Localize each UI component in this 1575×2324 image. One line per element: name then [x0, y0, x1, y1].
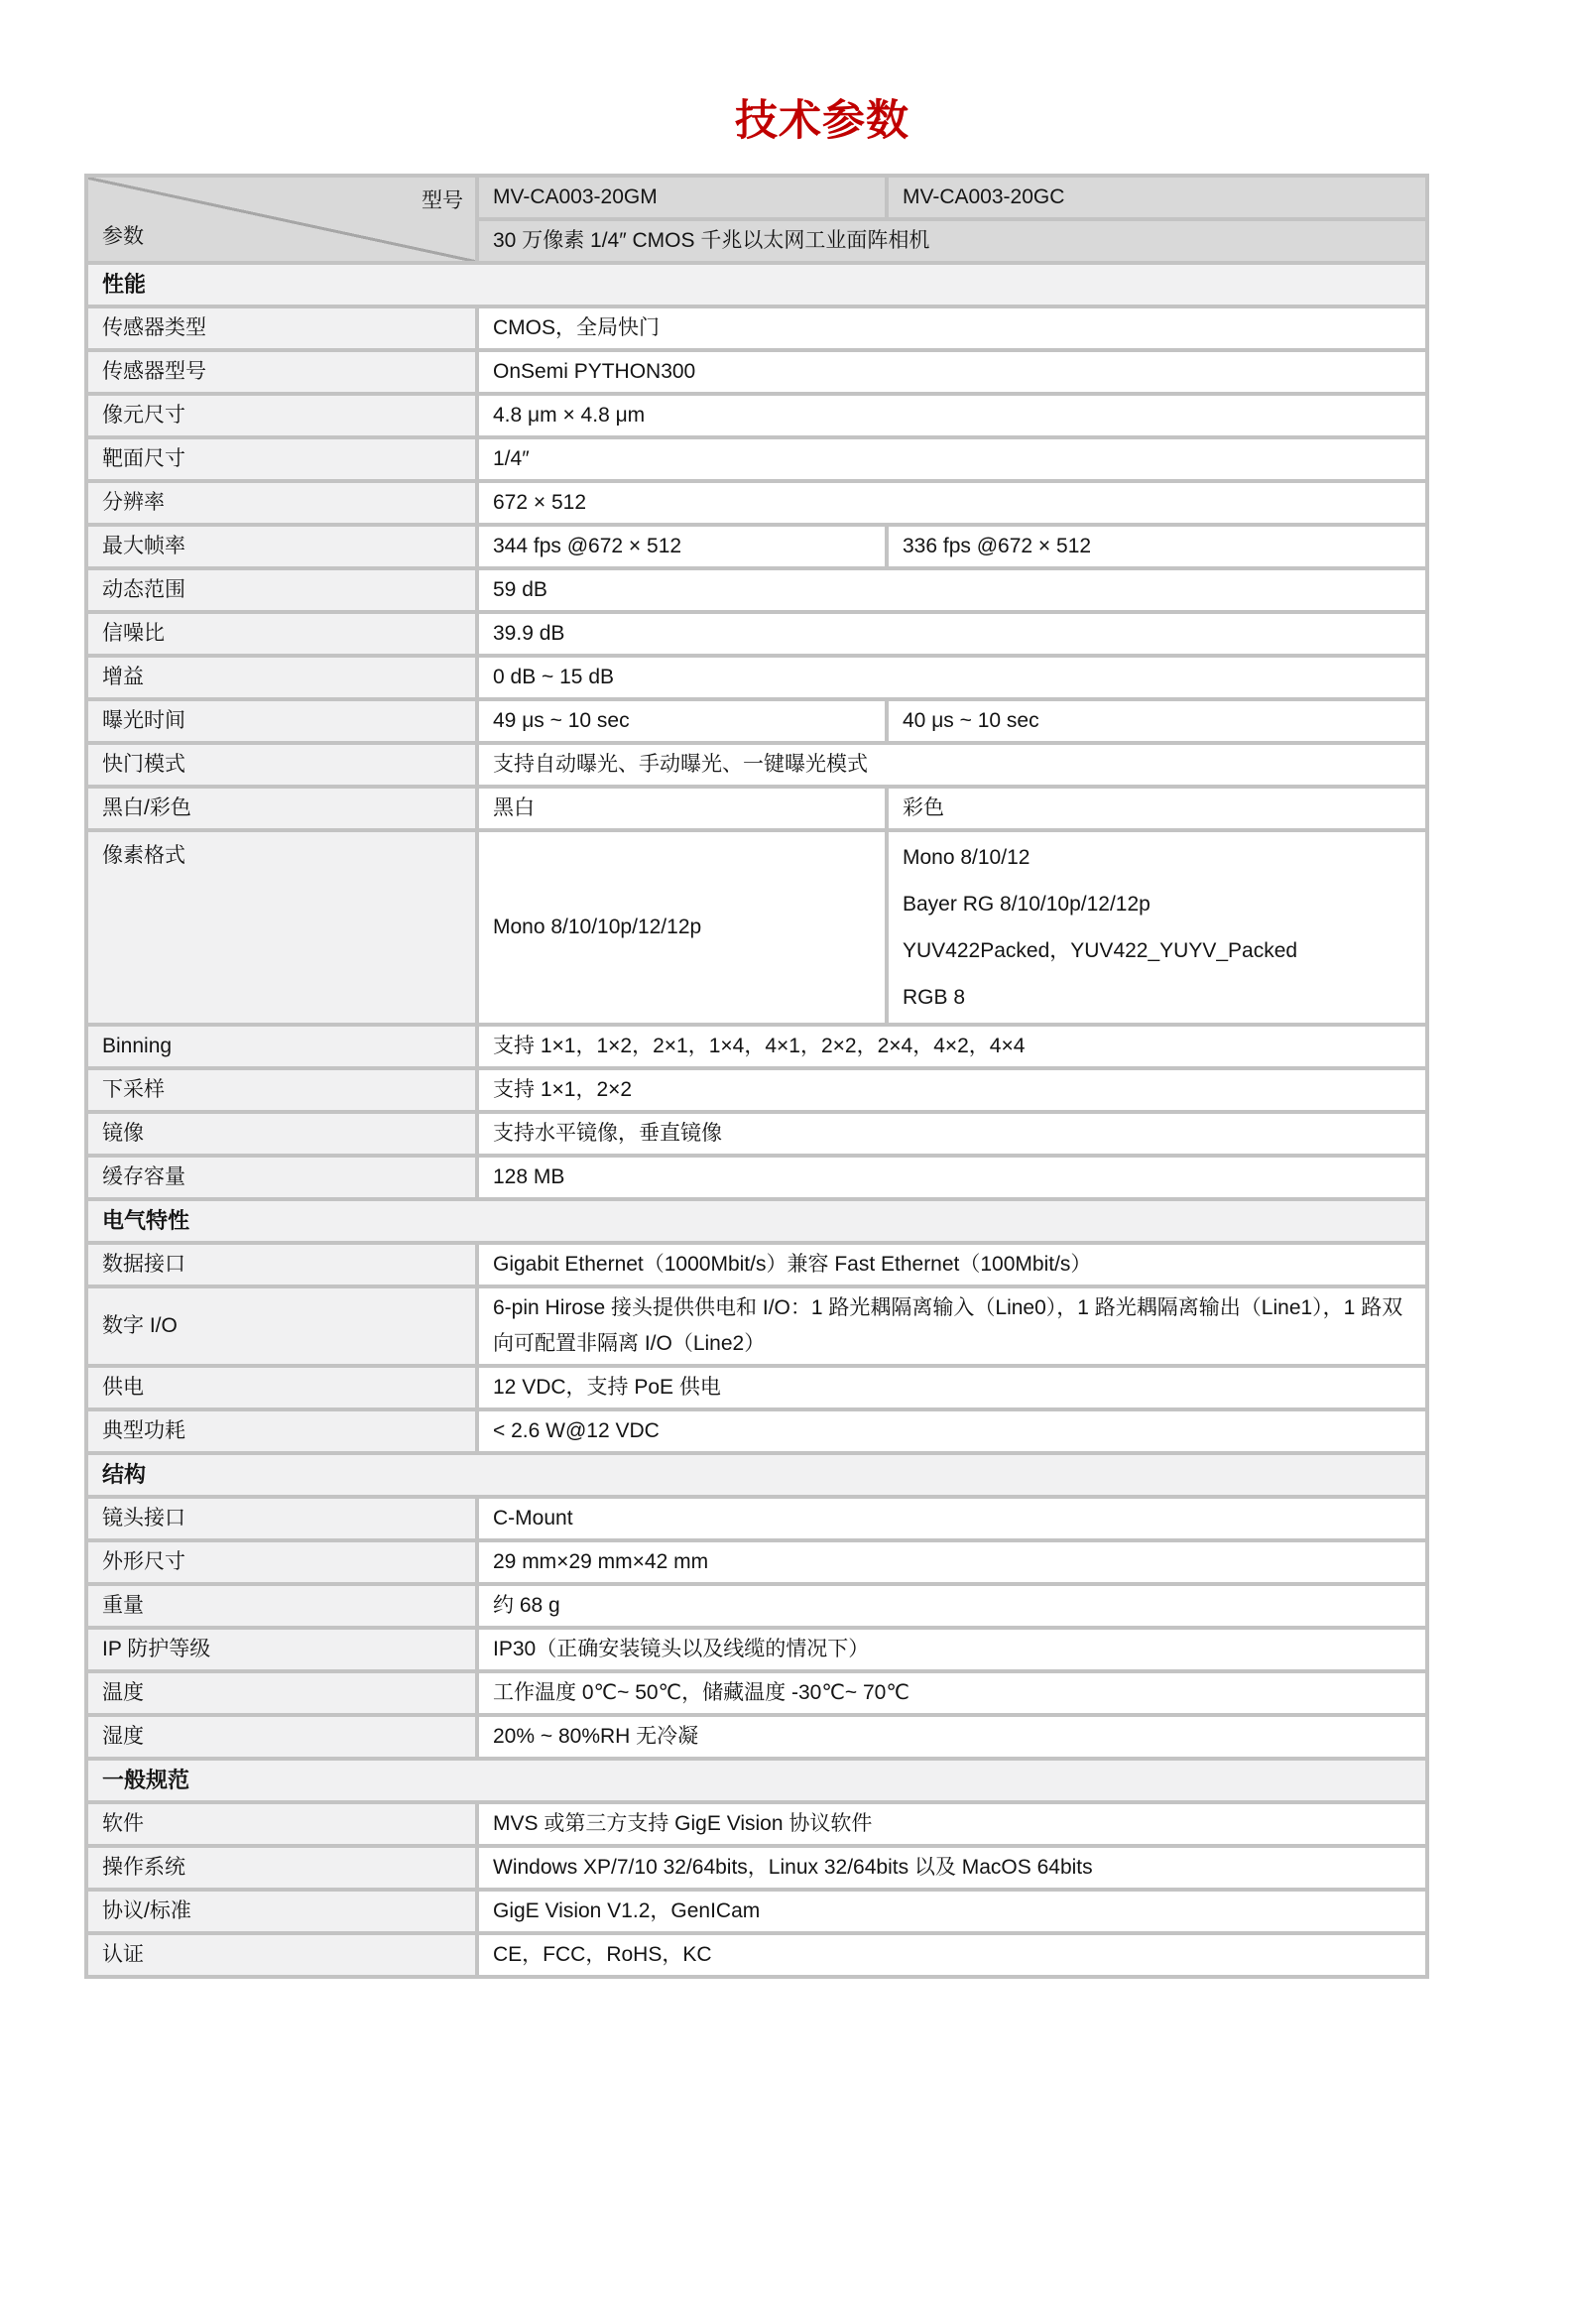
spec-value: Mono 8/10/10p/12/12p	[477, 830, 887, 1025]
spec-label: 缓存容量	[86, 1156, 477, 1199]
spec-value: 4.8 μm × 4.8 μm	[477, 394, 1427, 437]
spec-value: 0 dB ~ 15 dB	[477, 656, 1427, 699]
spec-row: 传感器型号OnSemi PYTHON300	[86, 350, 1427, 394]
spec-value: 20% ~ 80%RH 无冷凝	[477, 1715, 1427, 1759]
spec-label: 信噪比	[86, 612, 477, 656]
spec-row: 操作系统Windows XP/7/10 32/64bits，Linux 32/6…	[86, 1846, 1427, 1890]
spec-value: 29 mm×29 mm×42 mm	[477, 1540, 1427, 1584]
spec-label: 典型功耗	[86, 1409, 477, 1453]
spec-label: 像元尺寸	[86, 394, 477, 437]
spec-row: 数字 I/O6-pin Hirose 接头提供供电和 I/O：1 路光耦隔离输入…	[86, 1286, 1427, 1366]
spec-label: 下采样	[86, 1068, 477, 1112]
spec-value: 工作温度 0℃~ 50℃，储藏温度 -30℃~ 70℃	[477, 1671, 1427, 1715]
section-row: 结构	[86, 1453, 1427, 1497]
header-row-models: 型号 参数 MV-CA003-20GM MV-CA003-20GC	[86, 176, 1427, 219]
spec-label: Binning	[86, 1025, 477, 1068]
spec-label: 镜头接口	[86, 1497, 477, 1540]
spec-label: 黑白/彩色	[86, 787, 477, 830]
spec-row: 靶面尺寸1/4″	[86, 437, 1427, 481]
spec-row: 传感器类型CMOS，全局快门	[86, 306, 1427, 350]
spec-row: Binning支持 1×1，1×2，2×1，1×4，4×1，2×2，2×4，4×…	[86, 1025, 1427, 1068]
spec-row: 重量约 68 g	[86, 1584, 1427, 1628]
spec-label: 外形尺寸	[86, 1540, 477, 1584]
spec-value: 40 μs ~ 10 sec	[887, 699, 1427, 743]
spec-label: 操作系统	[86, 1846, 477, 1890]
spec-label: 软件	[86, 1802, 477, 1846]
spec-value: CMOS，全局快门	[477, 306, 1427, 350]
spec-value: 12 VDC，支持 PoE 供电	[477, 1366, 1427, 1409]
spec-row: 快门模式支持自动曝光、手动曝光、一键曝光模式	[86, 743, 1427, 787]
spec-value: < 2.6 W@12 VDC	[477, 1409, 1427, 1453]
spec-row: 信噪比39.9 dB	[86, 612, 1427, 656]
model-name-mono: MV-CA003-20GM	[477, 176, 887, 219]
spec-value: 336 fps @672 × 512	[887, 525, 1427, 568]
spec-row: 温度工作温度 0℃~ 50℃，储藏温度 -30℃~ 70℃	[86, 1671, 1427, 1715]
spec-label: 快门模式	[86, 743, 477, 787]
spec-value: 49 μs ~ 10 sec	[477, 699, 887, 743]
spec-value: 支持自动曝光、手动曝光、一键曝光模式	[477, 743, 1427, 787]
spec-row: 缓存容量128 MB	[86, 1156, 1427, 1199]
section-header: 一般规范	[86, 1759, 1427, 1802]
spec-row: 动态范围59 dB	[86, 568, 1427, 612]
spec-value: 1/4″	[477, 437, 1427, 481]
spec-label: 像素格式	[86, 830, 477, 1025]
spec-value: 黑白	[477, 787, 887, 830]
spec-row: 镜像支持水平镜像，垂直镜像	[86, 1112, 1427, 1156]
spec-row: 像元尺寸4.8 μm × 4.8 μm	[86, 394, 1427, 437]
spec-value: CE，FCC，RoHS，KC	[477, 1933, 1427, 1977]
spec-value: 39.9 dB	[477, 612, 1427, 656]
spec-value: 支持水平镜像，垂直镜像	[477, 1112, 1427, 1156]
spec-label: 认证	[86, 1933, 477, 1977]
spec-value: IP30（正确安装镜头以及线缆的情况下）	[477, 1628, 1427, 1671]
spec-row: 下采样支持 1×1，2×2	[86, 1068, 1427, 1112]
section-row: 电气特性	[86, 1199, 1427, 1243]
spec-row: 像素格式Mono 8/10/10p/12/12pMono 8/10/12Baye…	[86, 830, 1427, 1025]
spec-row: 认证CE，FCC，RoHS，KC	[86, 1933, 1427, 1977]
spec-value: 6-pin Hirose 接头提供供电和 I/O：1 路光耦隔离输入（Line0…	[477, 1286, 1427, 1366]
spec-value: 344 fps @672 × 512	[477, 525, 887, 568]
value-line: Mono 8/10/12	[903, 834, 1411, 881]
spec-value: 支持 1×1，2×2	[477, 1068, 1427, 1112]
spec-label: 湿度	[86, 1715, 477, 1759]
spec-value: 支持 1×1，1×2，2×1，1×4，4×1，2×2，2×4，4×2，4×4	[477, 1025, 1427, 1068]
spec-row: 分辨率672 × 512	[86, 481, 1427, 525]
spec-row: 协议/标准GigE Vision V1.2，GenICam	[86, 1890, 1427, 1933]
spec-label: IP 防护等级	[86, 1628, 477, 1671]
value-line: YUV422Packed，YUV422_YUYV_Packed	[903, 927, 1411, 974]
spec-row: 增益0 dB ~ 15 dB	[86, 656, 1427, 699]
spec-row: 湿度20% ~ 80%RH 无冷凝	[86, 1715, 1427, 1759]
model-name-color: MV-CA003-20GC	[887, 176, 1427, 219]
spec-row: 典型功耗< 2.6 W@12 VDC	[86, 1409, 1427, 1453]
spec-row: 供电12 VDC，支持 PoE 供电	[86, 1366, 1427, 1409]
spec-label: 分辨率	[86, 481, 477, 525]
section-header: 结构	[86, 1453, 1427, 1497]
spec-label: 重量	[86, 1584, 477, 1628]
spec-label: 数字 I/O	[86, 1286, 477, 1366]
parameter-axis-label: 参数	[102, 217, 144, 257]
spec-value: OnSemi PYTHON300	[477, 350, 1427, 394]
section-row: 性能	[86, 263, 1427, 306]
spec-row: 最大帧率344 fps @672 × 512336 fps @672 × 512	[86, 525, 1427, 568]
page-title: 技术参数	[0, 97, 1575, 146]
spec-value: C-Mount	[477, 1497, 1427, 1540]
spec-label: 增益	[86, 656, 477, 699]
spec-value: Mono 8/10/12Bayer RG 8/10/10p/12/12pYUV4…	[887, 830, 1427, 1025]
spec-row: 外形尺寸29 mm×29 mm×42 mm	[86, 1540, 1427, 1584]
section-header: 性能	[86, 263, 1427, 306]
spec-value: 59 dB	[477, 568, 1427, 612]
camera-description: 30 万像素 1/4″ CMOS 千兆以太网工业面阵相机	[477, 219, 1427, 263]
spec-row: 软件MVS 或第三方支持 GigE Vision 协议软件	[86, 1802, 1427, 1846]
spec-value: Windows XP/7/10 32/64bits，Linux 32/64bit…	[477, 1846, 1427, 1890]
model-axis-label: 型号	[422, 182, 463, 221]
spec-value: 672 × 512	[477, 481, 1427, 525]
spec-label: 数据接口	[86, 1243, 477, 1286]
spec-label: 镜像	[86, 1112, 477, 1156]
spec-label: 动态范围	[86, 568, 477, 612]
spec-value: GigE Vision V1.2，GenICam	[477, 1890, 1427, 1933]
spec-row: 镜头接口C-Mount	[86, 1497, 1427, 1540]
spec-label: 曝光时间	[86, 699, 477, 743]
spec-value: Gigabit Ethernet（1000Mbit/s）兼容 Fast Ethe…	[477, 1243, 1427, 1286]
spec-label: 温度	[86, 1671, 477, 1715]
value-line: RGB 8	[903, 974, 1411, 1021]
spec-label: 靶面尺寸	[86, 437, 477, 481]
spec-label: 最大帧率	[86, 525, 477, 568]
spec-row: 数据接口Gigabit Ethernet（1000Mbit/s）兼容 Fast …	[86, 1243, 1427, 1286]
spec-table: 型号 参数 MV-CA003-20GM MV-CA003-20GC 30 万像素…	[84, 174, 1429, 1979]
spec-label: 传感器类型	[86, 306, 477, 350]
section-row: 一般规范	[86, 1759, 1427, 1802]
spec-label: 供电	[86, 1366, 477, 1409]
section-header: 电气特性	[86, 1199, 1427, 1243]
spec-value: 128 MB	[477, 1156, 1427, 1199]
value-line: Bayer RG 8/10/10p/12/12p	[903, 881, 1411, 927]
spec-label: 协议/标准	[86, 1890, 477, 1933]
diagonal-header-cell: 型号 参数	[86, 176, 477, 263]
spec-row: 黑白/彩色黑白彩色	[86, 787, 1427, 830]
spec-value: 约 68 g	[477, 1584, 1427, 1628]
spec-label: 传感器型号	[86, 350, 477, 394]
spec-row: 曝光时间49 μs ~ 10 sec40 μs ~ 10 sec	[86, 699, 1427, 743]
spec-row: IP 防护等级IP30（正确安装镜头以及线缆的情况下）	[86, 1628, 1427, 1671]
spec-value: MVS 或第三方支持 GigE Vision 协议软件	[477, 1802, 1427, 1846]
spec-value: 彩色	[887, 787, 1427, 830]
